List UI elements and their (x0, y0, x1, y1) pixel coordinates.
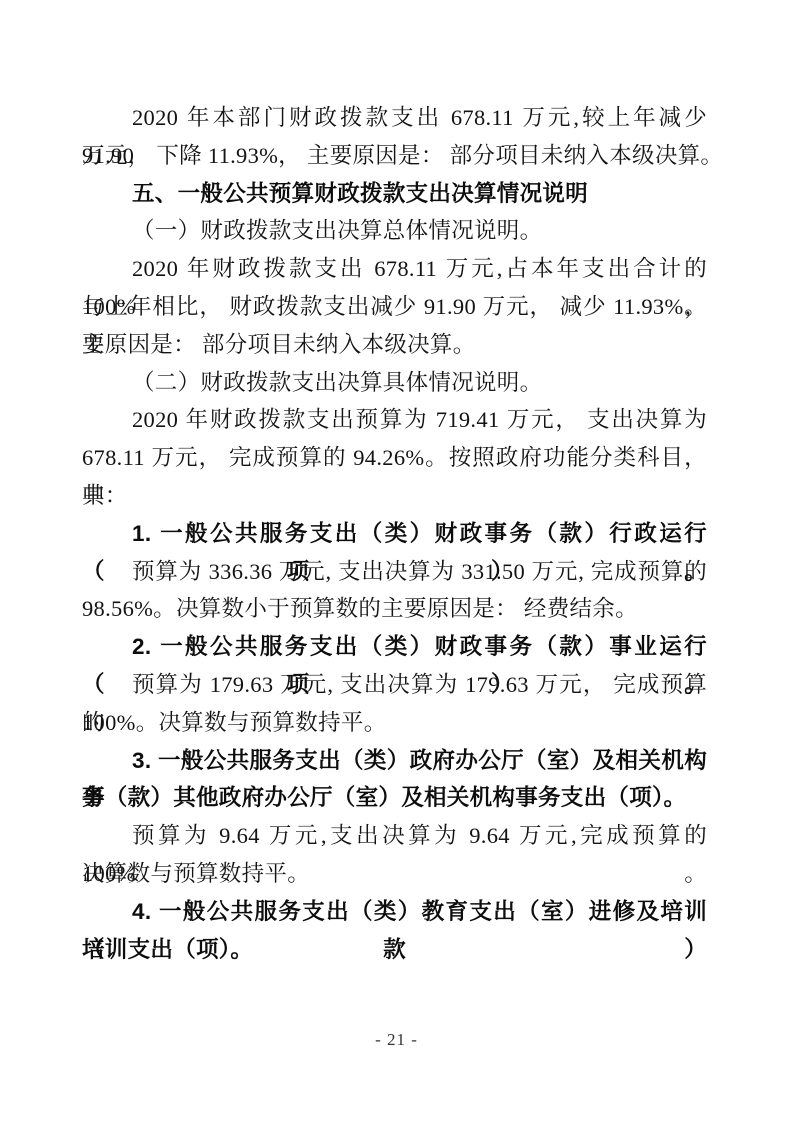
paragraph-line: 与上年相比， 财政拨款支出减少 91.90 万元， 减少 11.93%， 主 (82, 288, 707, 326)
page-number: - 21 - (0, 1028, 793, 1052)
paragraph-line: 要原因是： 部分项目未纳入本级决算。 (82, 326, 707, 364)
paragraph: （二）财政拨款支出决算具体情况说明。 (82, 364, 707, 402)
heading-line: 2. 一般公共服务支出（类）财政事务（款）事业运行（项）。 (82, 628, 707, 666)
paragraph: 预算为 179.63 万元, 支出决算为 179.63 万元， 完成预算的 10… (82, 666, 707, 742)
paragraph: 预算为 336.36 万元, 支出决算为 331.50 万元, 完成预算的 98… (82, 553, 707, 629)
paragraph-line: 2020 年本部门财政拨款支出 678.11 万元,较上年减少 91.90 (82, 99, 707, 137)
paragraph-line: 预算为 9.64 万元,支出决算为 9.64 万元,完成预算的 100%。 (82, 817, 707, 855)
paragraph: （一）财政拨款支出决算总体情况说明。 (82, 212, 707, 250)
paragraph-line: （一）财政拨款支出决算总体情况说明。 (82, 212, 707, 250)
paragraph-line: 预算为 179.63 万元, 支出决算为 179.63 万元， 完成预算的 (82, 666, 707, 704)
item-heading: 4. 一般公共服务支出（类）教育支出（室）进修及培训（款） 培训支出（项）。 (82, 893, 707, 969)
section-heading: 五、一般公共预算财政拨款支出决算情况说明 (82, 175, 707, 213)
heading-line: 务（款）其他政府办公厅（室）及相关机构事务支出（项）。 (82, 779, 707, 817)
heading-line: 五、一般公共预算财政拨款支出决算情况说明 (82, 175, 707, 213)
paragraph-line: 98.56%。决算数小于预算数的主要原因是： 经费结余。 (82, 590, 707, 628)
paragraph-line: 678.11 万元， 完成预算的 94.26%。按照政府功能分类科目， 其 (82, 439, 707, 477)
paragraph-line: 2020 年财政拨款支出 678.11 万元,占本年支出合计的 100%。 (82, 250, 707, 288)
paragraph: 预算为 9.64 万元,支出决算为 9.64 万元,完成预算的 100%。 决算… (82, 817, 707, 893)
document-page: 2020 年本部门财政拨款支出 678.11 万元,较上年减少 91.90 万元… (0, 0, 793, 1122)
paragraph: 2020 年本部门财政拨款支出 678.11 万元,较上年减少 91.90 万元… (82, 99, 707, 175)
document-body: 2020 年本部门财政拨款支出 678.11 万元,较上年减少 91.90 万元… (82, 99, 707, 968)
heading-line: 4. 一般公共服务支出（类）教育支出（室）进修及培训（款） (82, 893, 707, 931)
paragraph-line: 预算为 336.36 万元, 支出决算为 331.50 万元, 完成预算的 (82, 553, 707, 591)
item-heading: 2. 一般公共服务支出（类）财政事务（款）事业运行（项）。 (82, 628, 707, 666)
heading-line: 1. 一般公共服务支出（类）财政事务（款）行政运行（项）。 (82, 515, 707, 553)
paragraph: 2020 年财政拨款支出预算为 719.41 万元， 支出决算为 678.11 … (82, 401, 707, 514)
heading-line: 3. 一般公共服务支出（类）政府办公厅（室）及相关机构事 (82, 742, 707, 780)
item-heading: 3. 一般公共服务支出（类）政府办公厅（室）及相关机构事 务（款）其他政府办公厅… (82, 742, 707, 818)
item-heading: 1. 一般公共服务支出（类）财政事务（款）行政运行（项）。 (82, 515, 707, 553)
paragraph-line: 2020 年财政拨款支出预算为 719.41 万元， 支出决算为 (82, 401, 707, 439)
paragraph-line: 中： (82, 477, 707, 515)
paragraph-line: （二）财政拨款支出决算具体情况说明。 (82, 364, 707, 402)
paragraph: 2020 年财政拨款支出 678.11 万元,占本年支出合计的 100%。 与上… (82, 250, 707, 363)
paragraph-line: 100%。决算数与预算数持平。 (82, 704, 707, 742)
paragraph-line: 万元， 下降 11.93%， 主要原因是： 部分项目未纳入本级决算。 (82, 137, 707, 175)
